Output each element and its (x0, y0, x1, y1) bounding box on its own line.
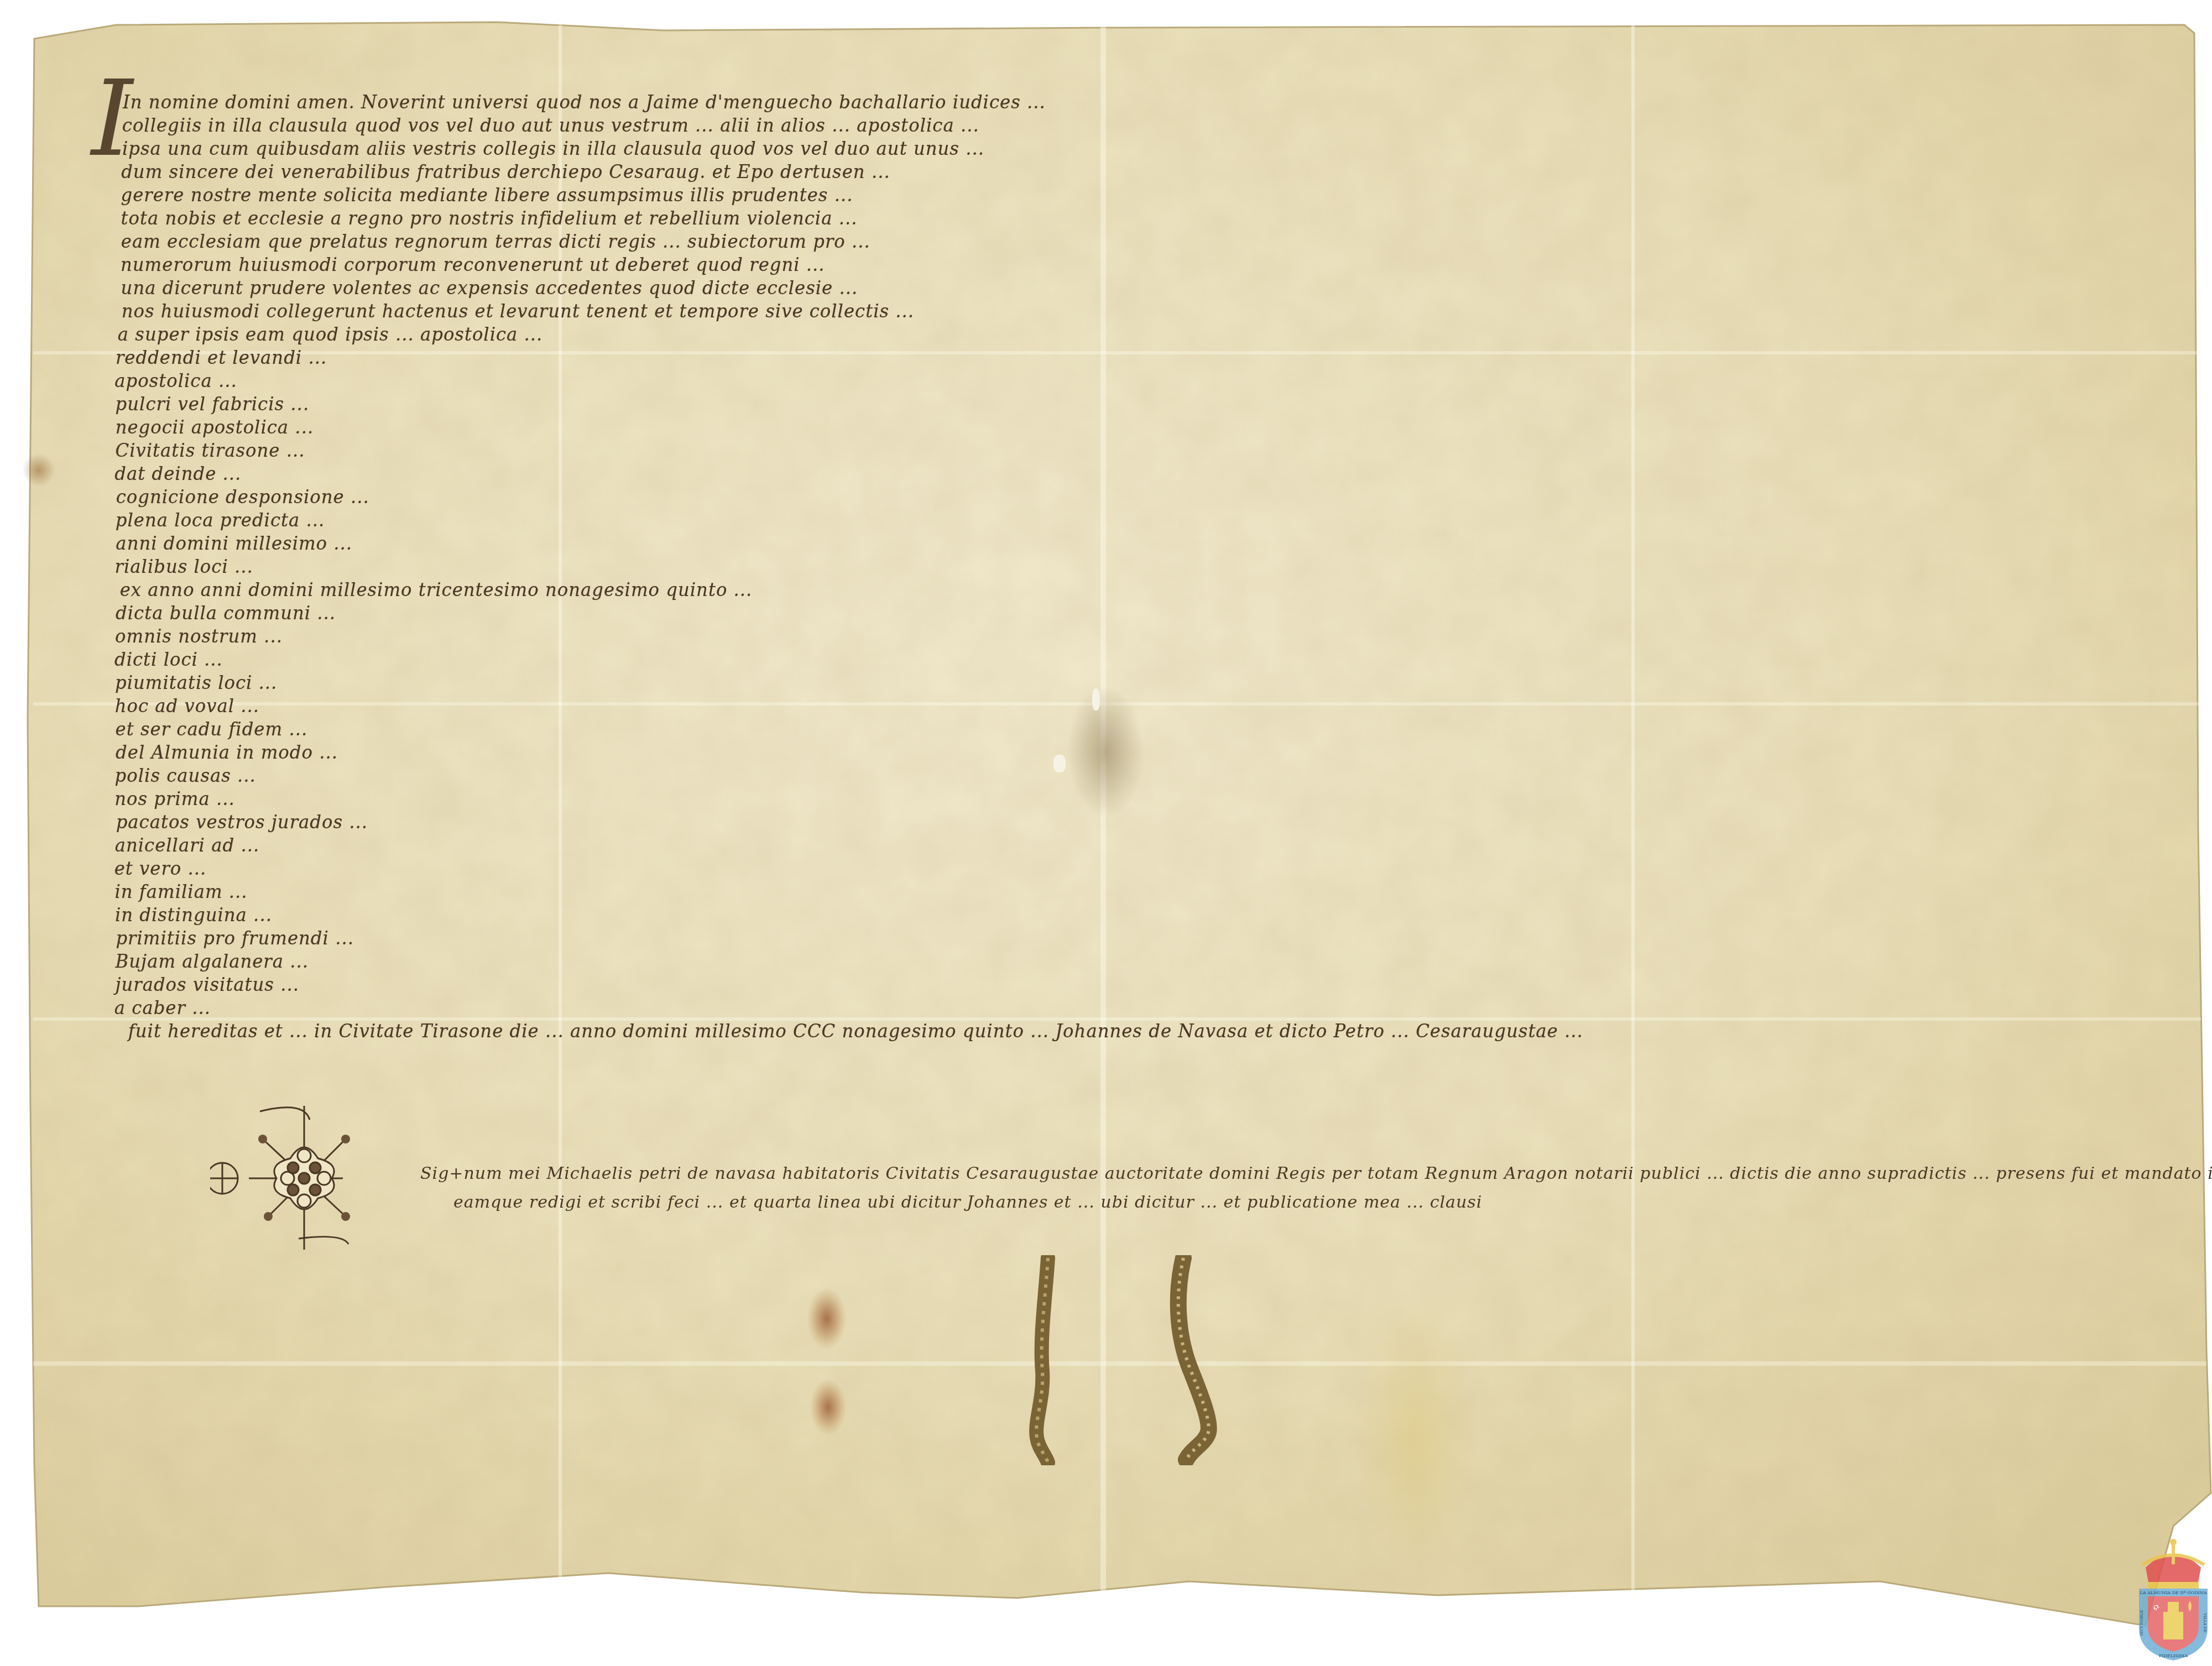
text-line: in distinguina ... (113, 904, 2115, 928)
text-line-content: In nomine domini amen. Noverint universi… (123, 91, 1046, 113)
text-line: nos prima ... (113, 788, 2115, 812)
subscription-line: Sig+num mei Michaelis petri de navasa ha… (420, 1164, 2212, 1183)
text-line-content: Bujam algalanera ... (116, 950, 309, 972)
text-line: a super ipsis eam quod ipsis ... apostol… (113, 323, 2115, 348)
text-line: primitiis pro frumendi ... (113, 927, 2115, 952)
text-line: jurados visitatus ... (113, 974, 2115, 998)
text-line: anicellari ad ... (113, 834, 2115, 859)
text-line-content: anicellari ad ... (115, 834, 260, 856)
text-line-content: piumitatis loci ... (115, 672, 277, 693)
text-line-content: cognicione desponsione ... (116, 486, 369, 508)
text-line: pulcri vel fabricis ... (113, 393, 2115, 417)
text-line: tota nobis et ecclesie a regno pro nostr… (113, 207, 2115, 232)
text-line-content: dat deinde ... (114, 463, 241, 484)
text-line: del Almunia in modo ... (113, 741, 2115, 766)
edge-stain (22, 453, 55, 487)
text-line-content: ex anno anni domini millesimo tricentesi… (120, 579, 753, 600)
coat-of-arms-left-text: MUY NOBLE (2140, 1610, 2144, 1636)
text-line: collegiis in illa clausula quod vos vel … (113, 114, 2115, 139)
text-line: una dicerunt prudere volentes ac expensi… (113, 277, 2115, 301)
text-line: dat deinde ... (113, 463, 2115, 487)
text-line: dum sincere dei venerabilibus fratribus … (113, 161, 2115, 185)
text-line: ipsa una cum quibusdam aliis vestris col… (113, 138, 2115, 162)
text-line-content: jurados visitatus ... (115, 974, 299, 995)
text-line-content: nos prima ... (114, 788, 234, 810)
text-line: Bujam algalanera ... (113, 950, 2115, 975)
text-line: et ser cadu fidem ... (113, 718, 2115, 743)
text-line-content: rialibus loci ... (115, 556, 253, 577)
text-line-content: reddendi et levandi ... (116, 347, 327, 368)
text-line: piumitatis loci ... (113, 672, 2115, 696)
text-line-content: a caber ... (114, 997, 211, 1019)
text-line-content: in distinguina ... (115, 904, 272, 926)
text-line: plena loca predicta ... (113, 509, 2115, 534)
text-line-content: hoc ad voval ... (115, 695, 259, 717)
text-line: hoc ad voval ... (113, 695, 2115, 719)
coat-of-arms-icon: LA ALMUNIA DE Dª GODINA FIDELISIMA MUY N… (2136, 1534, 2211, 1663)
text-line-content: apostolica ... (114, 370, 237, 391)
fold-line (33, 1361, 2206, 1366)
text-line-content: in familiam ... (114, 881, 247, 902)
text-line-content: anni domini millesimo ... (116, 532, 352, 554)
text-line-content: collegiis in illa clausula quod vos vel … (122, 114, 979, 136)
text-line: ex anno anni domini millesimo tricentesi… (113, 579, 2115, 603)
text-line-content: ipsa una cum quibusdam aliis vestris col… (122, 138, 984, 159)
text-line: fuit hereditas et ... in Civitate Tiraso… (113, 1020, 1772, 1044)
text-line-content: gerere nostre mente solicita mediante li… (121, 184, 853, 206)
text-line: gerere nostre mente solicita mediante li… (113, 184, 2115, 208)
text-line: negocii apostolica ... (113, 416, 2115, 441)
text-line: In nomine domini amen. Noverint universi… (113, 91, 2115, 116)
text-line-content: negocii apostolica ... (116, 416, 314, 438)
text-line: pacatos vestros jurados ... (113, 811, 2115, 835)
text-line: cognicione desponsione ... (113, 486, 2115, 510)
text-line-content: polis causas ... (115, 765, 256, 786)
text-line: dicti loci ... (113, 649, 2115, 673)
text-line-content: dicti loci ... (114, 649, 223, 670)
rust-stain (807, 1288, 846, 1349)
text-line-content: numerorum huiusmodi corporum reconveneru… (121, 254, 825, 275)
text-line-content: pacatos vestros jurados ... (116, 811, 368, 833)
text-line-content: primitiis pro frumendi ... (116, 927, 354, 949)
coat-of-arms-right-text: VILLA DE (2203, 1612, 2207, 1632)
text-line: numerorum huiusmodi corporum reconveneru… (113, 254, 2115, 278)
text-line: rialibus loci ... (113, 556, 2115, 580)
text-line: a caber ... (113, 997, 2115, 1021)
text-line-content: del Almunia in modo ... (116, 741, 338, 763)
text-line-content: eam ecclesiam que prelatus regnorum terr… (121, 231, 870, 252)
text-line-content: pulcri vel fabricis ... (116, 393, 310, 415)
coat-of-arms-top-text: LA ALMUNIA DE Dª GODINA (2140, 1590, 2207, 1595)
text-line-content: Civitatis tirasone ... (116, 440, 305, 461)
text-line: eam ecclesiam que prelatus regnorum terr… (113, 231, 2115, 255)
text-line: in familiam ... (113, 881, 2115, 905)
text-line: Civitatis tirasone ... (113, 440, 2115, 464)
text-line: nos huiusmodi collegerunt hactenus et le… (113, 300, 2115, 325)
text-line-content: nos huiusmodi collegerunt hactenus et le… (122, 300, 914, 322)
text-line-content: fuit hereditas et ... in Civitate Tiraso… (128, 1020, 1583, 1042)
text-line: apostolica ... (113, 370, 2115, 394)
coat-of-arms-bottom-text: FIDELISIMA (2159, 1653, 2188, 1658)
text-line-content: tota nobis et ecclesie a regno pro nostr… (121, 207, 858, 229)
notarial-sign-icon (210, 1106, 387, 1283)
text-line: dicta bulla communi ... (113, 602, 2115, 626)
text-line-content: una dicerunt prudere volentes ac expensi… (121, 277, 858, 299)
text-line-content: omnis nostrum ... (115, 625, 283, 647)
text-line: omnis nostrum ... (113, 625, 2115, 650)
rust-stain (810, 1380, 846, 1435)
seal-cord-left-icon (1018, 1255, 1062, 1465)
text-line: et vero ... (113, 858, 2115, 882)
seal-cord-right-icon (1167, 1255, 1233, 1465)
text-line: polis causas ... (113, 765, 2115, 789)
text-line: reddendi et levandi ... (113, 347, 2115, 371)
text-line-content: et ser cadu fidem ... (116, 718, 308, 740)
yellow-stain (1355, 1299, 1477, 1576)
text-line-content: dum sincere dei venerabilibus fratribus … (121, 161, 890, 182)
text-line-content: dicta bulla communi ... (116, 602, 336, 624)
subscription-line: eamque redigi et scribi feci ... et quar… (453, 1193, 1482, 1212)
text-line-content: et vero ... (114, 858, 207, 879)
text-line-content: a super ipsis eam quod ipsis ... apostol… (118, 323, 543, 345)
text-line-content: plena loca predicta ... (116, 509, 325, 531)
text-line: anni domini millesimo ... (113, 532, 2115, 557)
